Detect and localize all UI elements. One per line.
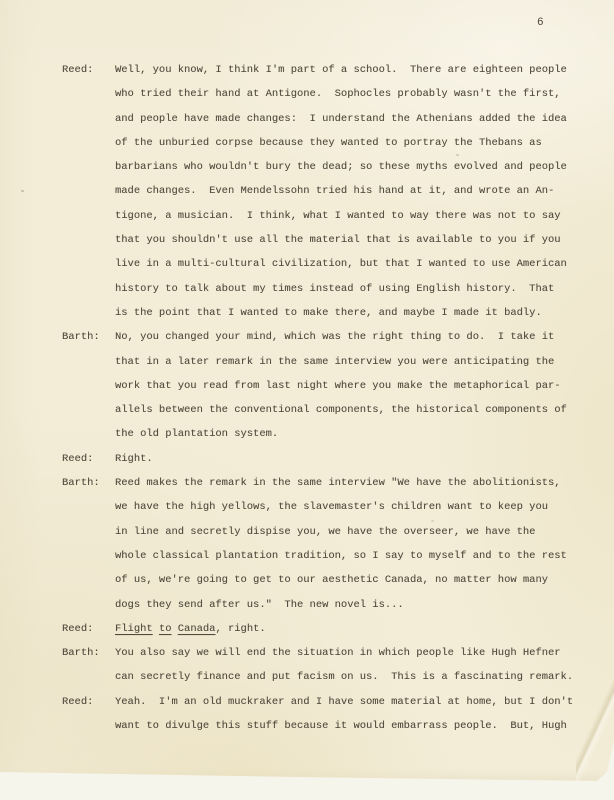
speech-line: made changes. Even Mendelssohn tried his… (115, 179, 592, 203)
speech-line: Flight to Canada, right. (115, 617, 592, 641)
speech-line: the old plantation system. (115, 422, 592, 446)
utterance: Reed:Right. (62, 447, 592, 471)
speech: Reed makes the remark in the same interv… (115, 471, 592, 617)
speech-line: dogs they send after us." The new novel … (115, 593, 592, 617)
speech-line: want to divulge this stuff because it wo… (115, 714, 592, 738)
utterance: Barth:Reed makes the remark in the same … (62, 471, 592, 617)
speech-line: No, you changed your mind, which was the… (115, 325, 592, 349)
utterance: Barth:No, you changed your mind, which w… (62, 325, 592, 446)
speech-line: work that you read from last night where… (115, 374, 592, 398)
underlined-title: Canada (178, 623, 216, 635)
speech-line: live in a multi-cultural civilization, b… (115, 252, 592, 276)
speaker-label: Reed: (62, 617, 115, 641)
transcript: Reed:Well, you know, I think I'm part of… (62, 58, 592, 738)
speaker-label: Reed: (62, 58, 115, 82)
speech-line: who tried their hand at Antigone. Sophoc… (115, 82, 592, 106)
speech-line: of the unburied corpse because they want… (115, 131, 592, 155)
speech-line: whole classical plantation tradition, so… (115, 544, 592, 568)
utterance: Reed:Well, you know, I think I'm part of… (62, 58, 592, 325)
speech: Right. (115, 447, 592, 471)
speech: Flight to Canada, right. (115, 617, 592, 641)
paper-specks (21, 190, 24, 192)
speech-line: Yeah. I'm an old muckraker and I have so… (115, 690, 592, 714)
speaker-label: Barth: (62, 471, 115, 495)
utterance: Reed:Flight to Canada, right. (62, 617, 592, 641)
speaker-label: Barth: (62, 641, 115, 665)
speech: No, you changed your mind, which was the… (115, 325, 592, 446)
speech-line: Well, you know, I think I'm part of a sc… (115, 58, 592, 82)
speech-line: Reed makes the remark in the same interv… (115, 471, 592, 495)
speech-line: You also say we will end the situation i… (115, 641, 592, 665)
speech-line: allels between the conventional componen… (115, 398, 592, 422)
speech-line: barbarians who wouldn't bury the dead; s… (115, 155, 592, 179)
utterance: Reed:Yeah. I'm an old muckraker and I ha… (62, 690, 592, 739)
speech: Yeah. I'm an old muckraker and I have so… (115, 690, 592, 739)
paper-sheet: 6 Reed:Well, you know, I think I'm part … (0, 0, 614, 800)
speech-line: history to talk about my times instead o… (115, 277, 592, 301)
speech-line: we have the high yellows, the slavemaste… (115, 495, 592, 519)
page-number: 6 (537, 17, 544, 29)
speech: Well, you know, I think I'm part of a sc… (115, 58, 592, 325)
speech-line: is the point that I wanted to make there… (115, 301, 592, 325)
speech-line: of us, we're going to get to our aesthet… (115, 568, 592, 592)
speech-line: that in a later remark in the same inter… (115, 350, 592, 374)
speaker-label: Reed: (62, 447, 115, 471)
speech: You also say we will end the situation i… (115, 641, 592, 690)
underlined-title: to (159, 623, 172, 635)
speech-line: in line and secretly dispise you, we hav… (115, 520, 592, 544)
underlined-title: Flight (115, 623, 153, 635)
speech-line: and people have made changes: I understa… (115, 107, 592, 131)
speaker-label: Reed: (62, 690, 115, 714)
utterance: Barth:You also say we will end the situa… (62, 641, 592, 690)
speech-line: can secretly finance and put facism on u… (115, 665, 592, 689)
speech-line: tigone, a musician. I think, what I want… (115, 204, 592, 228)
speech-line: that you shouldn't use all the material … (115, 228, 592, 252)
speech-line: Right. (115, 447, 592, 471)
text-segment: , right. (215, 623, 265, 635)
speaker-label: Barth: (62, 325, 115, 349)
scanned-document: 6 Reed:Well, you know, I think I'm part … (0, 0, 614, 800)
